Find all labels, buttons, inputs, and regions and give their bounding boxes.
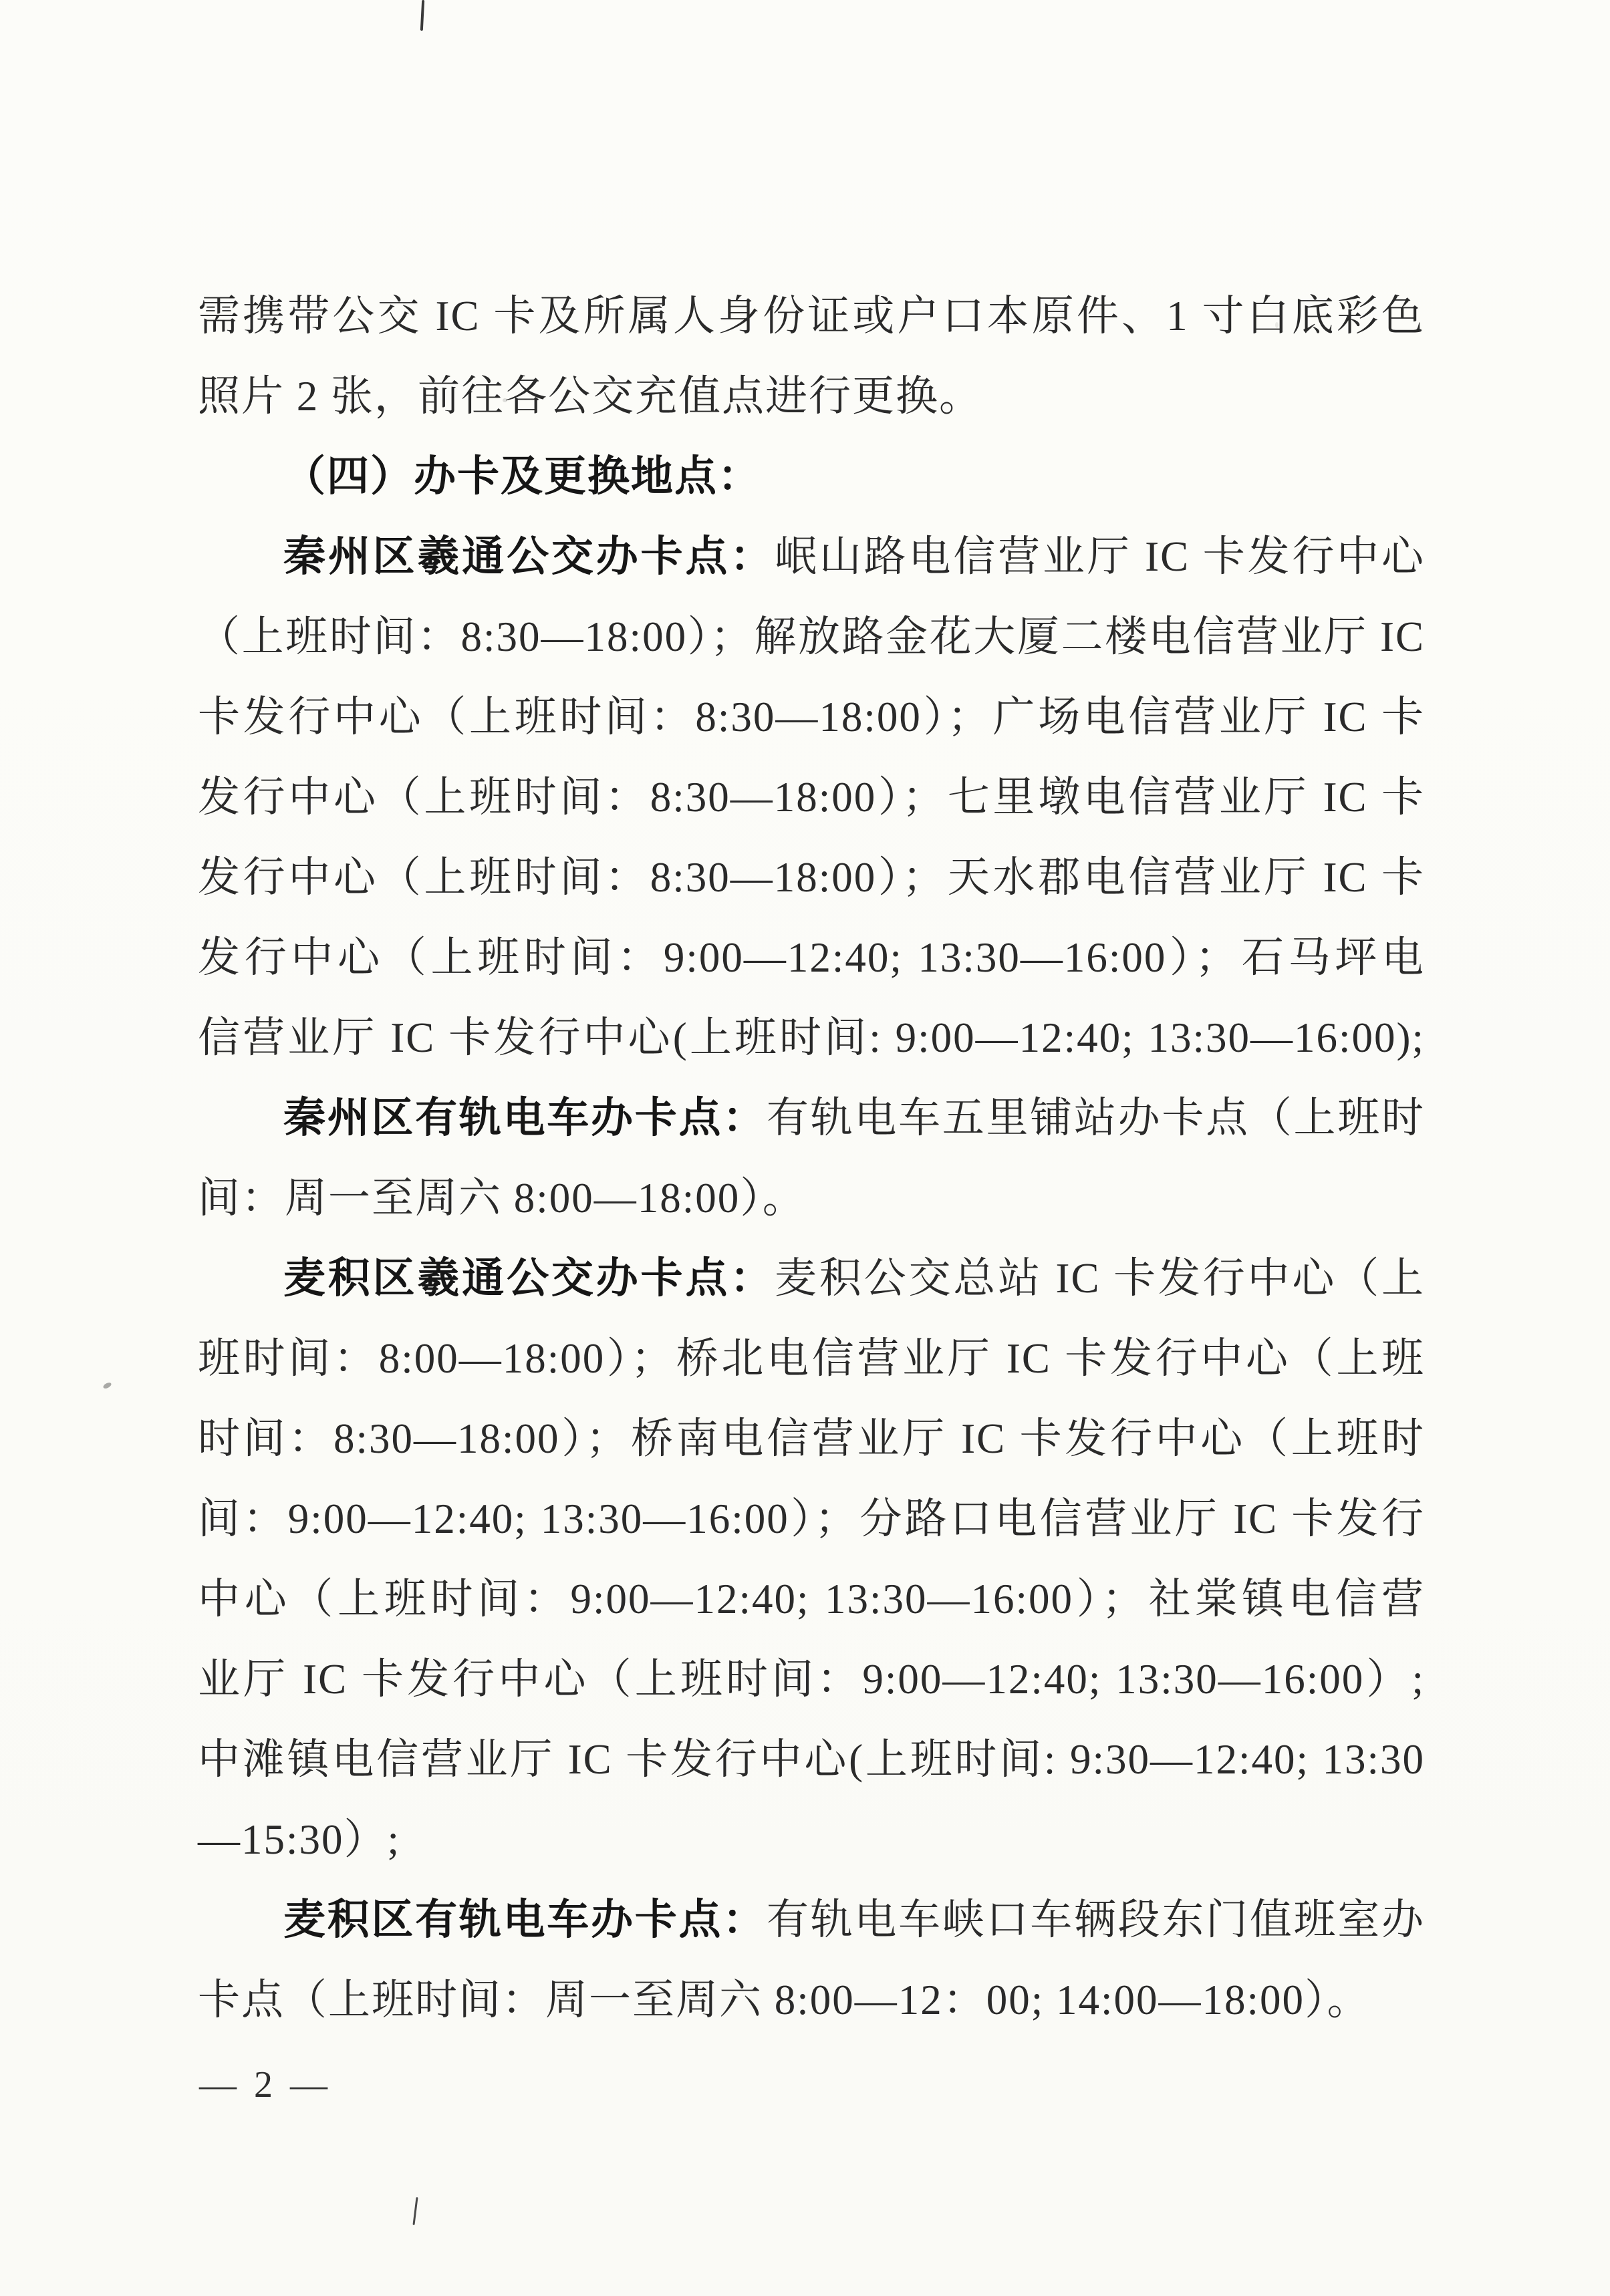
text-line: 中心（上班时间：9:00—12:40; 13:30—16:00）；社棠镇电信营 xyxy=(198,1559,1425,1639)
text-segment: 时间：8:30—18:00）；桥南电信营业厅 IC 卡发行中心（上班时 xyxy=(198,1415,1425,1462)
text-segment: 有轨电车峡口车辆段东门值班室办 xyxy=(767,1896,1425,1943)
text-segment: 发行中心（上班时间：8:30—18:00）；天水郡电信营业厅 IC 卡 xyxy=(198,854,1425,901)
text-segment: 照片 2 张，前往各公交充值点进行更换。 xyxy=(198,373,982,420)
scan-speck xyxy=(102,1381,112,1389)
text-segment: 卡点（上班时间：周一至周六 8:00—12：00; 14:00—18:00）。 xyxy=(198,1977,1371,2023)
text-line: 麦积区有轨电车办卡点：有轨电车峡口车辆段东门值班室办 xyxy=(198,1880,1425,1960)
lead-in-label: （四）办卡及更换地点： xyxy=(283,453,761,500)
text-line: 业厅 IC 卡发行中心（上班时间：9:00—12:40; 13:30—16:00… xyxy=(198,1639,1425,1719)
text-segment: 需携带公交 IC 卡及所属人身份证或户口本原件、1 寸白底彩色 xyxy=(198,293,1425,339)
text-segment: （上班时间：8:30—18:00）；解放路金花大厦二楼电信营业厅 IC xyxy=(198,613,1425,660)
text-line: 需携带公交 IC 卡及所属人身份证或户口本原件、1 寸白底彩色 xyxy=(198,276,1425,356)
text-segment: 中滩镇电信营业厅 IC 卡发行中心(上班时间: 9:30—12:40; 13:3… xyxy=(198,1736,1425,1783)
text-line: 卡发行中心（上班时间：8:30—18:00）；广场电信营业厅 IC 卡 xyxy=(198,677,1425,757)
text-line: 秦州区羲通公交办卡点：岷山路电信营业厅 IC 卡发行中心 xyxy=(198,517,1425,597)
text-line: 间：9:00—12:40; 13:30—16:00）；分路口电信营业厅 IC 卡… xyxy=(198,1479,1425,1559)
text-line: （四）办卡及更换地点： xyxy=(198,436,1425,517)
lead-in-label: 麦积区羲通公交办卡点： xyxy=(283,1255,775,1302)
text-segment: 卡发行中心（上班时间：8:30—18:00）；广场电信营业厅 IC 卡 xyxy=(198,694,1425,740)
text-line: 信营业厅 IC 卡发行中心(上班时间: 9:00—12:40; 13:30—16… xyxy=(198,998,1425,1078)
text-segment: 有轨电车五里铺站办卡点（上班时 xyxy=(767,1095,1425,1141)
text-line: （上班时间：8:30—18:00）；解放路金花大厦二楼电信营业厅 IC xyxy=(198,597,1425,677)
lead-in-label: 秦州区羲通公交办卡点： xyxy=(283,533,775,580)
text-line: 中滩镇电信营业厅 IC 卡发行中心(上班时间: 9:30—12:40; 13:3… xyxy=(198,1719,1425,1800)
text-line: 发行中心（上班时间：9:00—12:40; 13:30—16:00）；石马坪电 xyxy=(198,917,1425,998)
text-line: 间：周一至周六 8:00—18:00）。 xyxy=(198,1158,1425,1238)
scan-tick-mark-top xyxy=(420,0,424,31)
scan-slash-mark-bottom xyxy=(412,2197,418,2225)
text-line: 照片 2 张，前往各公交充值点进行更换。 xyxy=(198,356,1425,436)
text-segment: 岷山路电信营业厅 IC 卡发行中心 xyxy=(775,533,1425,580)
text-line: 班时间：8:00—18:00）；桥北电信营业厅 IC 卡发行中心（上班 xyxy=(198,1318,1425,1399)
text-segment: 班时间：8:00—18:00）；桥北电信营业厅 IC 卡发行中心（上班 xyxy=(198,1335,1425,1382)
text-segment: 业厅 IC 卡发行中心（上班时间：9:00—12:40; 13:30—16:00… xyxy=(198,1656,1425,1703)
lead-in-label: 秦州区有轨电车办卡点： xyxy=(283,1095,767,1141)
text-line: —15:30）; xyxy=(198,1800,1425,1880)
text-segment: 发行中心（上班时间：9:00—12:40; 13:30—16:00）；石马坪电 xyxy=(198,934,1425,981)
text-line: 时间：8:30—18:00）；桥南电信营业厅 IC 卡发行中心（上班时 xyxy=(198,1399,1425,1479)
text-line: 麦积区羲通公交办卡点：麦积公交总站 IC 卡发行中心（上 xyxy=(198,1238,1425,1318)
text-segment: 信营业厅 IC 卡发行中心(上班时间: 9:00—12:40; 13:30—16… xyxy=(198,1014,1425,1061)
text-segment: —15:30）; xyxy=(198,1816,400,1863)
text-line: 发行中心（上班时间：8:30—18:00）；天水郡电信营业厅 IC 卡 xyxy=(198,837,1425,917)
text-block: 需携带公交 IC 卡及所属人身份证或户口本原件、1 寸白底彩色照片 2 张，前往… xyxy=(198,276,1425,2040)
text-segment: 中心（上班时间：9:00—12:40; 13:30—16:00）；社棠镇电信营 xyxy=(198,1576,1425,1622)
text-segment: 发行中心（上班时间：8:30—18:00）；七里墩电信营业厅 IC 卡 xyxy=(198,774,1425,821)
text-segment: 麦积公交总站 IC 卡发行中心（上 xyxy=(775,1255,1425,1302)
text-segment: 间：周一至周六 8:00—18:00）。 xyxy=(198,1175,806,1222)
page-number: — 2 — xyxy=(199,2063,331,2106)
text-segment: 间：9:00—12:40; 13:30—16:00）；分路口电信营业厅 IC 卡… xyxy=(198,1495,1425,1542)
text-line: 发行中心（上班时间：8:30—18:00）；七里墩电信营业厅 IC 卡 xyxy=(198,757,1425,837)
text-line: 秦州区有轨电车办卡点：有轨电车五里铺站办卡点（上班时 xyxy=(198,1078,1425,1158)
lead-in-label: 麦积区有轨电车办卡点： xyxy=(283,1896,767,1943)
scanned-document-page: 需携带公交 IC 卡及所属人身份证或户口本原件、1 寸白底彩色照片 2 张，前往… xyxy=(0,0,1610,2296)
text-line: 卡点（上班时间：周一至周六 8:00—12：00; 14:00—18:00）。 xyxy=(198,1960,1425,2040)
